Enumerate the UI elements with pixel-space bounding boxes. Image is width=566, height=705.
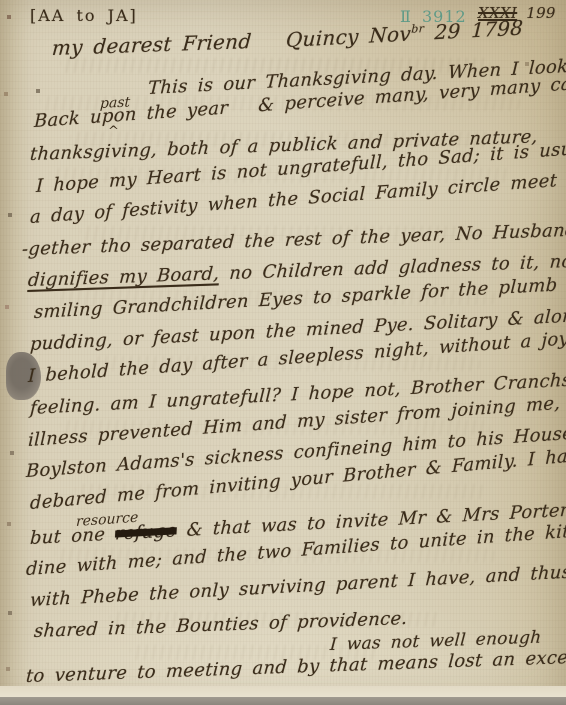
dateline-superscript: br: [411, 22, 425, 36]
underlined-phrase: dignifies my Board,: [27, 263, 220, 291]
line-segment: Back upon the year: [34, 97, 229, 132]
dateline-place: Quincy Nov: [285, 21, 411, 52]
paper-bottom-edge: [0, 686, 566, 697]
line-segment: but one: [29, 523, 115, 549]
scan-edge-strip: [0, 697, 566, 705]
catalog-page-number: 199: [526, 4, 556, 22]
struck-word: refuge: [115, 520, 178, 544]
paper-specks: [0, 0, 2, 2]
archival-attribution: [AA to JA]: [30, 8, 138, 24]
salutation: my dearest Friend: [51, 31, 252, 58]
manuscript-letter-scan: [AA to JA] Ⅱ 3912 XXXI 199 my dearest Fr…: [0, 0, 566, 705]
dateline-date: 29 1798: [423, 16, 524, 45]
letter-line: to venture to meeting and by that means …: [25, 648, 566, 686]
dateline: Quincy Novbr 29 1798: [285, 18, 523, 51]
